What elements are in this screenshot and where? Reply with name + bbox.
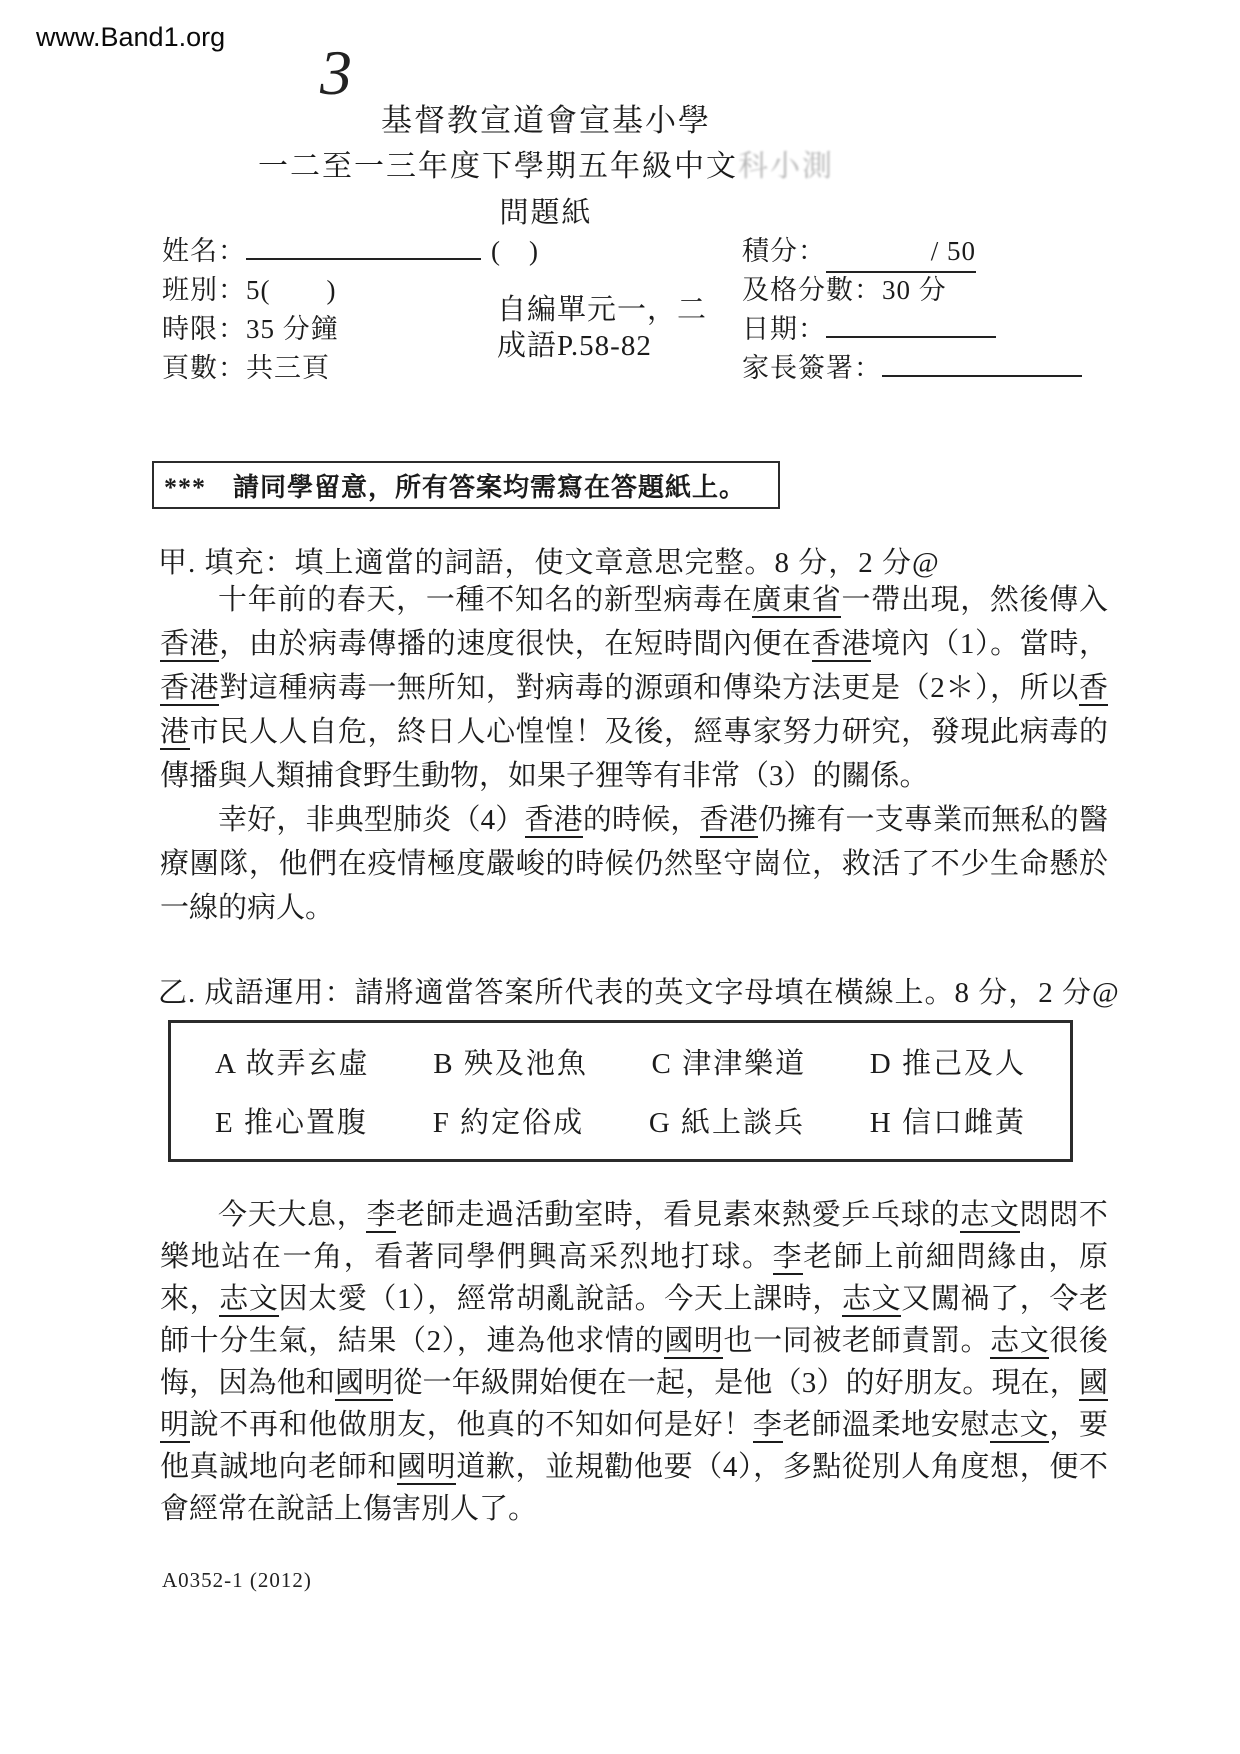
class-row: 班別：5( ) bbox=[162, 271, 539, 310]
page-count-row: 頁數：共三頁 bbox=[162, 349, 539, 388]
text-segment: 也一同被老師責罰。 bbox=[723, 1325, 990, 1357]
text-segment: 的時候， bbox=[583, 804, 700, 836]
section-a-heading: 甲. 填充：填上適當的詞語，使文章意思完整。8 分，2 分@ bbox=[158, 540, 940, 581]
score-label: 積分： bbox=[742, 236, 826, 266]
unit-scope-note: 自編單元一，二 成語P.58-82 bbox=[497, 292, 707, 364]
idiom-item-e: E 推心置腹 bbox=[215, 1100, 368, 1141]
proper-noun-underlined: 志文 bbox=[219, 1283, 278, 1317]
text-segment: 今天大息， bbox=[218, 1199, 366, 1231]
text-segment: 從一年級開始便在一起，是他（3）的好朋友。現在， bbox=[393, 1367, 1079, 1399]
proper-noun-underlined: 香港 bbox=[700, 804, 758, 838]
student-info-block: 姓名：( ) 班別：5( ) 時限：35 分鐘 頁數：共三頁 bbox=[162, 232, 539, 388]
pass-mark-row: 及格分數：30 分 bbox=[742, 271, 1082, 310]
school-name: 基督教宣道會宣基小學 bbox=[0, 98, 1092, 144]
site-watermark: www.Band1.org bbox=[36, 22, 225, 53]
name-blank-line bbox=[246, 236, 481, 260]
proper-noun-underlined: 志文 bbox=[990, 1409, 1049, 1443]
idiom-item-g: G 紙上談兵 bbox=[649, 1100, 805, 1141]
exam-title-main: 一二至一三年度下學期五年級中文 bbox=[258, 150, 738, 183]
idiom-item-h: H 信口雌黃 bbox=[870, 1100, 1026, 1141]
idiom-options-box: A 故弄玄虛 B 殃及池魚 C 津津樂道 D 推己及人 E 推心置腹 F 約定俗… bbox=[168, 1020, 1073, 1162]
score-blank-line: / 50 bbox=[826, 232, 976, 273]
proper-noun-underlined: 李 bbox=[366, 1199, 396, 1233]
text-segment: 因太愛（1），經常胡亂說話。今天上課時， bbox=[279, 1283, 842, 1315]
proper-noun-underlined: 李 bbox=[753, 1409, 783, 1443]
notice-box: *** 請同學留意，所有答案均需寫在答題紙上。 bbox=[152, 461, 780, 509]
proper-noun-underlined: 志文 bbox=[990, 1325, 1049, 1359]
score-info-block: 積分：/ 50 及格分數：30 分 日期： 家長簽署： bbox=[742, 232, 1082, 388]
proper-noun-underlined: 志文 bbox=[842, 1283, 901, 1317]
idiom-item-c: C 津津樂道 bbox=[652, 1041, 807, 1082]
text-segment: 老師走過活動室時，看見素來熱愛乒乓球的 bbox=[396, 1199, 960, 1231]
text-segment: 老師溫柔地安慰 bbox=[783, 1409, 991, 1441]
section-b-story: 今天大息，李老師走過活動室時，看見素來熱愛乒乓球的志文悶悶不樂地站在一角，看著同… bbox=[160, 1194, 1108, 1530]
date-label: 日期： bbox=[742, 314, 826, 344]
idiom-item-d: D 推己及人 bbox=[870, 1041, 1026, 1082]
paper-header: 基督教宣道會宣基小學 一二至一三年度下學期五年級中文科小測 問題紙 bbox=[0, 98, 1092, 236]
idiom-row-1: A 故弄玄虛 B 殃及池魚 C 津津樂道 D 推己及人 bbox=[215, 1041, 1026, 1082]
score-row: 積分：/ 50 bbox=[742, 232, 1082, 271]
unit-line: 自編單元一，二 bbox=[497, 292, 707, 328]
text-segment: ，由於病毒傳播的速度很快，在短時間內便在 bbox=[219, 628, 811, 660]
section-b-heading: 乙. 成語運用：請將適當答案所代表的英文字母填在橫線上。8 分，2 分@ bbox=[158, 970, 1120, 1011]
idiom-pages-line: 成語P.58-82 bbox=[497, 328, 707, 364]
exam-title: 一二至一三年度下學期五年級中文科小測 bbox=[0, 144, 1092, 190]
proper-noun-underlined: 國明 bbox=[335, 1367, 393, 1401]
text-segment: 對這種病毒一無所知，對病毒的源頭和傳染方法更是（2＊），所以 bbox=[219, 672, 1079, 704]
passage-paragraph-2: 幸好，非典型肺炎（4）香港的時候，香港仍擁有一支專業而無私的醫療團隊，他們在疫情… bbox=[160, 798, 1108, 930]
text-segment: 說不再和他做朋友，他真的不知如何是好！ bbox=[190, 1409, 753, 1441]
score-total: / 50 bbox=[931, 236, 976, 266]
text-segment: 十年前的春天，一種不知名的新型病毒在 bbox=[218, 584, 752, 616]
proper-noun-underlined: 香港 bbox=[525, 804, 583, 838]
proper-noun-underlined: 國明 bbox=[664, 1325, 723, 1359]
idiom-row-2: E 推心置腹 F 約定俗成 G 紙上談兵 H 信口雌黃 bbox=[215, 1100, 1026, 1141]
time-limit-row: 時限：35 分鐘 bbox=[162, 310, 539, 349]
name-paren: ( ) bbox=[491, 236, 539, 266]
proper-noun-underlined: 國明 bbox=[397, 1451, 456, 1485]
text-segment: 一帶出現，然後傳入 bbox=[841, 584, 1108, 616]
date-row: 日期： bbox=[742, 310, 1082, 349]
signature-row: 家長簽署： bbox=[742, 349, 1082, 388]
proper-noun-underlined: 香港 bbox=[812, 628, 871, 662]
exam-title-faded: 科小測 bbox=[738, 150, 834, 183]
proper-noun-underlined: 香港 bbox=[160, 672, 219, 706]
name-row: 姓名：( ) bbox=[162, 232, 539, 271]
proper-noun-underlined: 香港 bbox=[160, 628, 219, 662]
text-segment: 市民人人自危，終日人心惶惶！及後，經專家努力研究，發現此病毒的傳播與人類捕食野生… bbox=[160, 716, 1108, 792]
signature-blank-line bbox=[882, 353, 1082, 377]
proper-noun-underlined: 廣東省 bbox=[752, 584, 841, 618]
idiom-item-f: F 約定俗成 bbox=[433, 1100, 584, 1141]
text-segment: 境內（1）。當時， bbox=[871, 628, 1108, 660]
story-paragraph: 今天大息，李老師走過活動室時，看見素來熱愛乒乓球的志文悶悶不樂地站在一角，看著同… bbox=[160, 1194, 1108, 1530]
section-a-passage: 十年前的春天，一種不知名的新型病毒在廣東省一帶出現，然後傳入香港，由於病毒傳播的… bbox=[160, 578, 1108, 930]
text-segment: 幸好，非典型肺炎（4） bbox=[218, 804, 525, 836]
paper-type: 問題紙 bbox=[0, 190, 1092, 236]
idiom-item-a: A 故弄玄虛 bbox=[215, 1041, 370, 1082]
date-blank-line bbox=[826, 314, 996, 338]
proper-noun-underlined: 李 bbox=[773, 1241, 804, 1275]
name-label: 姓名： bbox=[162, 236, 246, 266]
passage-paragraph-1: 十年前的春天，一種不知名的新型病毒在廣東省一帶出現，然後傳入香港，由於病毒傳播的… bbox=[160, 578, 1108, 798]
proper-noun-underlined: 志文 bbox=[960, 1199, 1019, 1233]
signature-label: 家長簽署： bbox=[742, 353, 882, 383]
paper-code: A0352-1 (2012) bbox=[162, 1568, 312, 1593]
exam-paper-page: www.Band1.org 3 基督教宣道會宣基小學 一二至一三年度下學期五年級… bbox=[0, 0, 1240, 1754]
idiom-item-b: B 殃及池魚 bbox=[433, 1041, 588, 1082]
